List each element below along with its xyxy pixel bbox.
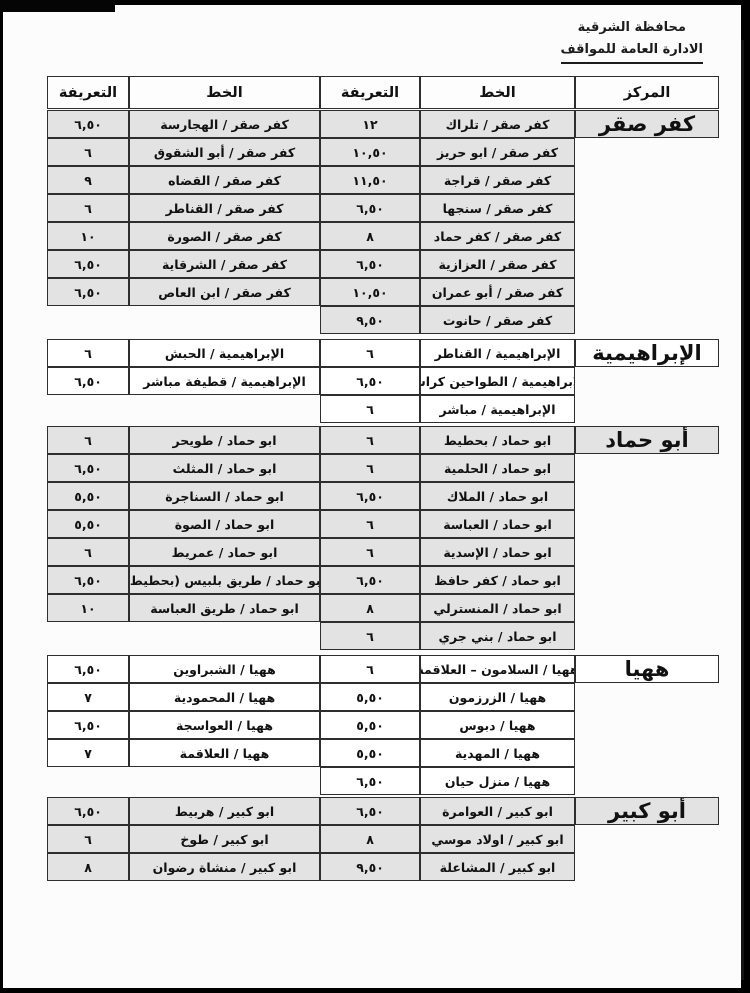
fare-cell-secondary: ١٠ bbox=[47, 594, 129, 622]
fare-cell: ٦ bbox=[320, 339, 420, 367]
route-cell: كفر صقر / تلراك bbox=[420, 110, 575, 138]
fare-cell-secondary: ٦,٥٠ bbox=[47, 110, 129, 138]
governorate-title: محافظة الشرقية bbox=[561, 17, 703, 39]
fare-cell-secondary: ٦ bbox=[47, 138, 129, 166]
fare-cell-secondary: ١٠ bbox=[47, 222, 129, 250]
route-cell: ابو حماد / العباسة bbox=[420, 510, 575, 538]
center-cell: أبو حماد bbox=[575, 426, 719, 454]
fare-cell: ٦,٥٠ bbox=[320, 482, 420, 510]
route-cell-secondary: ابو حماد / طويحر bbox=[129, 426, 320, 454]
fare-cell: ١٢ bbox=[320, 110, 420, 138]
route-cell-secondary: الإبراهيمية / قطيفة مباشر bbox=[129, 367, 320, 395]
route-cell: كفر صقر / ابو حريز bbox=[420, 138, 575, 166]
center-cell: كفر صقر bbox=[575, 110, 719, 138]
route-cell: ابو كبير / العوامرة bbox=[420, 797, 575, 825]
column-header-center: المركز bbox=[575, 76, 719, 109]
route-cell: ابو حماد / كفر حافظ bbox=[420, 566, 575, 594]
route-cell-secondary: كفر صقر / الشرقاية bbox=[129, 250, 320, 278]
fare-cell-secondary: ٦ bbox=[47, 194, 129, 222]
fare-cell: ٦ bbox=[320, 538, 420, 566]
fare-cell: ٩,٥٠ bbox=[320, 853, 420, 881]
fare-cell: ٦,٥٠ bbox=[320, 367, 420, 395]
route-cell-secondary: ابو حماد / عمريط bbox=[129, 538, 320, 566]
route-cell-secondary: ابو كبير / منشاة رضوان bbox=[129, 853, 320, 881]
route-cell: كفر صقر / حانوت bbox=[420, 306, 575, 334]
route-cell: ابو حماد / الملاك bbox=[420, 482, 575, 510]
route-cell: الإبراهيمية / مباشر bbox=[420, 395, 575, 423]
fare-cell-secondary: ٦,٥٠ bbox=[47, 711, 129, 739]
route-cell: كفر صقر / سنجها bbox=[420, 194, 575, 222]
route-cell: ابو حماد / الإسدية bbox=[420, 538, 575, 566]
fare-cell: ٩,٥٠ bbox=[320, 306, 420, 334]
route-cell: الإبراهيمية / الطواحين كراش bbox=[420, 367, 575, 395]
fare-cell: ٦ bbox=[320, 426, 420, 454]
fare-cell-secondary: ٦,٥٠ bbox=[47, 367, 129, 395]
column-header-fare-second: التعريفة bbox=[47, 76, 129, 109]
fare-cell: ٦,٥٠ bbox=[320, 194, 420, 222]
route-cell: ابو كبير / المشاعلة bbox=[420, 853, 575, 881]
fare-cell-secondary: ٦,٥٠ bbox=[47, 655, 129, 683]
route-cell: ههيا / دبوس bbox=[420, 711, 575, 739]
fare-cell-secondary: ٧ bbox=[47, 739, 129, 767]
fare-cell: ٨ bbox=[320, 594, 420, 622]
fare-cell: ٦ bbox=[320, 655, 420, 683]
fare-cell: ٨ bbox=[320, 825, 420, 853]
document-header: محافظة الشرقية الادارة العامة للمواقف bbox=[561, 17, 703, 64]
fare-cell: ٦,٥٠ bbox=[320, 797, 420, 825]
route-cell: الإبراهيمية / القناطر bbox=[420, 339, 575, 367]
route-cell-secondary: ههيا / المحمودية bbox=[129, 683, 320, 711]
route-cell-secondary: ابو حماد / السناجرة bbox=[129, 482, 320, 510]
route-cell: كفر صقر / أبو عمران bbox=[420, 278, 575, 306]
section-1: كفر صقركفر صقر / تلراك١٢كفر صقر / الهجار… bbox=[47, 110, 719, 334]
route-cell-secondary: ههيا / العواسجة bbox=[129, 711, 320, 739]
fare-cell: ٦ bbox=[320, 395, 420, 423]
route-cell: كفر صقر / العزازية bbox=[420, 250, 575, 278]
fare-cell-secondary: ٨ bbox=[47, 853, 129, 881]
fare-cell-secondary: ٩ bbox=[47, 166, 129, 194]
route-cell: ابو حماد / بحطيط bbox=[420, 426, 575, 454]
fare-cell-secondary: ٦,٥٠ bbox=[47, 797, 129, 825]
route-cell: كفر صقر / قراجة bbox=[420, 166, 575, 194]
route-cell-secondary: كفر صقر / ابن العاص bbox=[129, 278, 320, 306]
route-cell: كفر صقر / كفر حماد bbox=[420, 222, 575, 250]
fare-cell-secondary: ٥,٥٠ bbox=[47, 482, 129, 510]
fare-cell-secondary: ٦,٥٠ bbox=[47, 566, 129, 594]
route-cell-secondary: كفر صقر / القضاه bbox=[129, 166, 320, 194]
route-cell-secondary: كفر صقر / أبو الشقوق bbox=[129, 138, 320, 166]
fare-cell: ٦,٥٠ bbox=[320, 566, 420, 594]
fare-cell-secondary: ٥,٥٠ bbox=[47, 510, 129, 538]
fare-cell: ٦,٥٠ bbox=[320, 767, 420, 795]
route-cell: ههيا / منزل حيان bbox=[420, 767, 575, 795]
fare-cell: ٥,٥٠ bbox=[320, 683, 420, 711]
route-cell-secondary: الإبراهيمية / الحبش bbox=[129, 339, 320, 367]
fare-cell-secondary: ٦ bbox=[47, 426, 129, 454]
section-4: ههياههيا / السلامون – العلاقمة٦ههيا / ال… bbox=[47, 655, 719, 795]
fare-cell: ١٠,٥٠ bbox=[320, 278, 420, 306]
route-cell: ابو كبير / اولاد موسي bbox=[420, 825, 575, 853]
table-sections: كفر صقركفر صقر / تلراك١٢كفر صقر / الهجار… bbox=[47, 110, 719, 881]
fare-cell: ٦ bbox=[320, 622, 420, 650]
route-cell: ابو حماد / بني جري bbox=[420, 622, 575, 650]
table-header-row: المركز الخط التعريفة الخط التعريفة bbox=[47, 76, 719, 109]
fare-cell: ٨ bbox=[320, 222, 420, 250]
route-cell: ههيا / السلامون – العلاقمة bbox=[420, 655, 575, 683]
route-cell-secondary: ابو حماد / الصوة bbox=[129, 510, 320, 538]
route-cell: ههيا / الزرزمون bbox=[420, 683, 575, 711]
fare-cell-secondary: ٦,٥٠ bbox=[47, 454, 129, 482]
route-cell: ههيا / المهدية bbox=[420, 739, 575, 767]
fare-cell-secondary: ٦ bbox=[47, 825, 129, 853]
route-cell: ابو حماد / المنسترلي bbox=[420, 594, 575, 622]
column-header-fare-main: التعريفة bbox=[320, 76, 420, 109]
fare-cell: ٦,٥٠ bbox=[320, 250, 420, 278]
fare-cell: ٦ bbox=[320, 454, 420, 482]
route-cell-secondary: ابو كبير / هربيط bbox=[129, 797, 320, 825]
fare-cell-secondary: ٧ bbox=[47, 683, 129, 711]
route-cell-secondary: ههيا / العلاقمة bbox=[129, 739, 320, 767]
route-cell-secondary: ابو كبير / طوخ bbox=[129, 825, 320, 853]
fare-cell: ١٠,٥٠ bbox=[320, 138, 420, 166]
route-cell: ابو حماد / الحلمية bbox=[420, 454, 575, 482]
section-5: أبو كبيرابو كبير / العوامرة٦,٥٠ابو كبير … bbox=[47, 797, 719, 881]
column-header-route-second: الخط bbox=[129, 76, 320, 109]
administration-title: الادارة العامة للمواقف bbox=[561, 39, 703, 64]
fare-cell-secondary: ٦ bbox=[47, 339, 129, 367]
center-cell: الإبراهيمية bbox=[575, 339, 719, 367]
fare-cell-secondary: ٦ bbox=[47, 538, 129, 566]
fare-cell: ٥,٥٠ bbox=[320, 739, 420, 767]
route-cell-secondary: كفر صقر / القناطر bbox=[129, 194, 320, 222]
route-cell-secondary: ابو حماد / المثلث bbox=[129, 454, 320, 482]
section-3: أبو حمادابو حماد / بحطيط٦ابو حماد / طويح… bbox=[47, 426, 719, 650]
route-cell-secondary: ابو حماد / طريق بلبيس (بحطيط) bbox=[129, 566, 320, 594]
scan-artifact-top-left bbox=[0, 0, 115, 12]
fare-table: المركز الخط التعريفة الخط التعريفة كفر ص… bbox=[47, 76, 719, 881]
column-header-route-main: الخط bbox=[420, 76, 575, 109]
section-2: الإبراهيميةالإبراهيمية / القناطر٦الإبراه… bbox=[47, 339, 719, 423]
scanned-page: محافظة الشرقية الادارة العامة للمواقف ال… bbox=[3, 5, 741, 988]
route-cell-secondary: ههيا / الشبراوين bbox=[129, 655, 320, 683]
route-cell-secondary: كفر صقر / الصورة bbox=[129, 222, 320, 250]
center-cell: ههيا bbox=[575, 655, 719, 683]
route-cell-secondary: ابو حماد / طريق العباسة bbox=[129, 594, 320, 622]
center-cell: أبو كبير bbox=[575, 797, 719, 825]
fare-cell-secondary: ٦,٥٠ bbox=[47, 250, 129, 278]
fare-cell: ١١,٥٠ bbox=[320, 166, 420, 194]
fare-cell: ٥,٥٠ bbox=[320, 711, 420, 739]
fare-cell: ٦ bbox=[320, 510, 420, 538]
fare-cell-secondary: ٦,٥٠ bbox=[47, 278, 129, 306]
scan-artifact-right-line bbox=[741, 40, 744, 980]
route-cell-secondary: كفر صقر / الهجارسة bbox=[129, 110, 320, 138]
